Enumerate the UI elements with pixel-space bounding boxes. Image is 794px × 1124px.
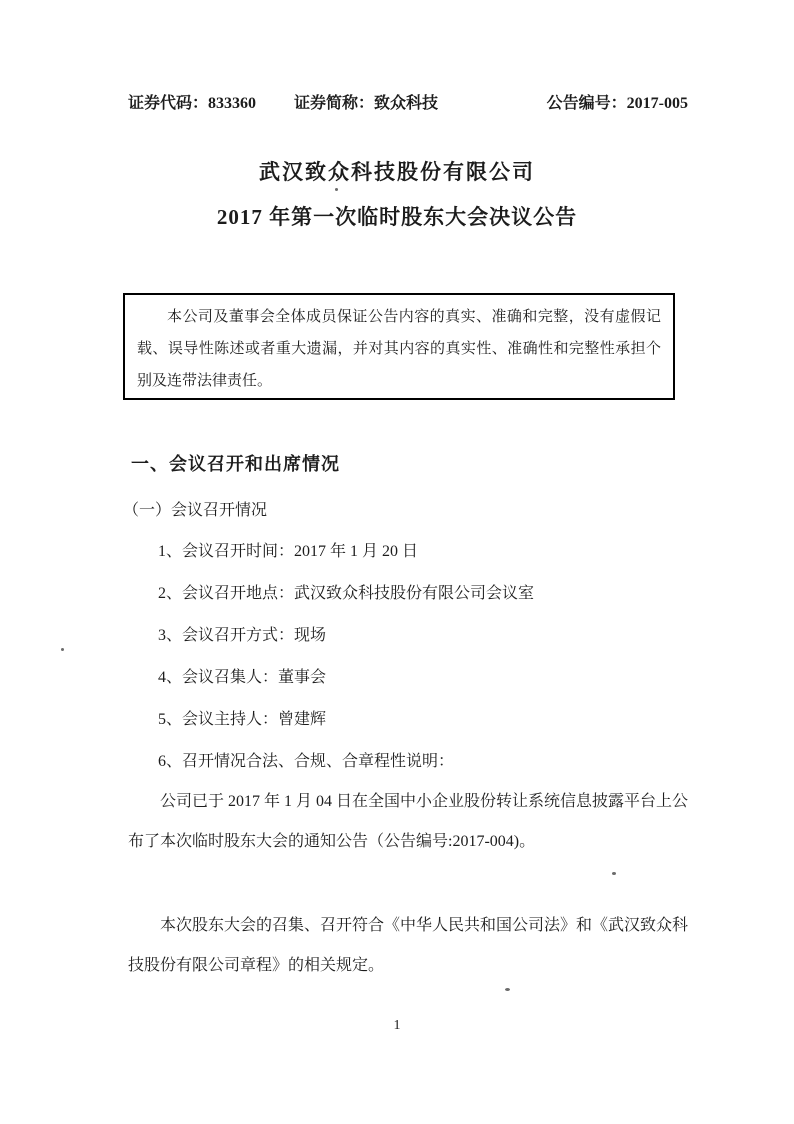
stock-code: 证券代码：833360 — [128, 90, 256, 113]
list-item-legality-note: 6、召开情况合法、合规、合章程性说明： — [158, 741, 698, 783]
scan-artifact-dot — [612, 872, 616, 875]
meeting-info-list: 1、会议召开时间：2017 年 1 月 20 日 2、会议召开地点：武汉致众科技… — [158, 531, 698, 783]
paragraph-legal-compliance: 本次股东大会的召集、召开符合《中华人民共和国公司法》和《武汉致众科技股份有限公司… — [128, 906, 688, 986]
section-heading: 一、会议召开和出席情况 — [131, 450, 340, 476]
announcement-number: 公告编号：2017-005 — [547, 90, 688, 113]
announcement-page: 证券代码：833360 证券简称：致众科技 公告编号：2017-005 武汉致众… — [0, 0, 794, 1124]
list-item-meeting-convener: 4、会议召集人：董事会 — [158, 657, 698, 699]
list-item-meeting-place: 2、会议召开地点：武汉致众科技股份有限公司会议室 — [158, 573, 698, 615]
document-header: 证券代码：833360 证券简称：致众科技 公告编号：2017-005 — [128, 90, 688, 113]
disclaimer-box: 本公司及董事会全体成员保证公告内容的真实、准确和完整，没有虚假记载、误导性陈述或… — [123, 293, 675, 400]
scan-artifact-dot — [61, 648, 64, 651]
paragraph-notice-publication: 公司已于 2017 年 1 月 04 日在全国中小企业股份转让系统信息披露平台上… — [128, 782, 688, 862]
list-item-meeting-time: 1、会议召开时间：2017 年 1 月 20 日 — [158, 531, 698, 573]
announcement-title: 2017 年第一次临时股东大会决议公告 — [0, 201, 794, 231]
stock-short-name: 证券简称：致众科技 — [294, 90, 438, 113]
disclaimer-text: 本公司及董事会全体成员保证公告内容的真实、准确和完整，没有虚假记载、误导性陈述或… — [137, 309, 661, 389]
company-title: 武汉致众科技股份有限公司 — [0, 156, 794, 186]
list-item-meeting-chair: 5、会议主持人：曾建辉 — [158, 699, 698, 741]
page-number: 1 — [0, 1018, 794, 1034]
section-subheading: （一）会议召开情况 — [123, 497, 267, 520]
list-item-meeting-method: 3、会议召开方式：现场 — [158, 615, 698, 657]
scan-artifact-dot — [335, 188, 338, 191]
scan-artifact-dot — [505, 988, 510, 991]
